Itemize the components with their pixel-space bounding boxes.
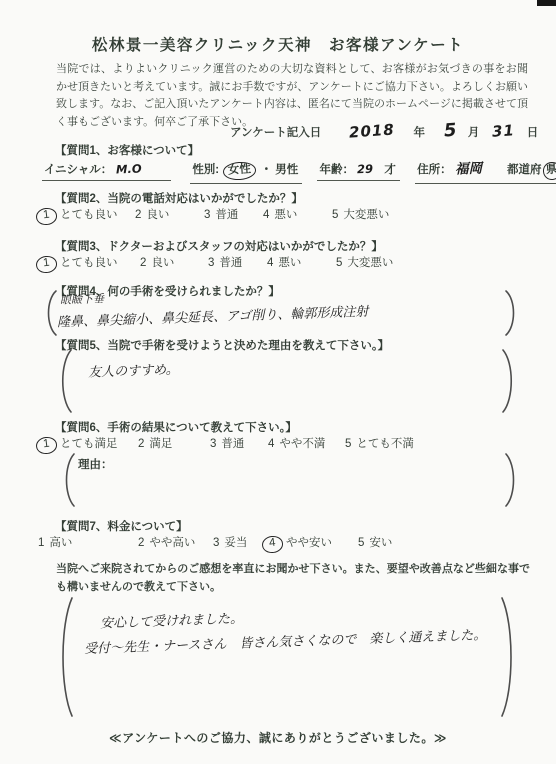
q2-option-4: 4悪い (263, 206, 297, 222)
q3-option-5: 5大変悪い (336, 254, 393, 270)
footer-thanks: ≪アンケートへのご協力、誠にありがとうございました。≫ (0, 729, 556, 746)
q2-option-2: 2良い (135, 206, 169, 222)
q7-header: 【質問7、料金について】 (55, 518, 188, 534)
q7-option-1: 1高い (38, 534, 72, 550)
handwritten-day: 31 (491, 121, 515, 141)
q3-header: 【質問3、ドクターおよびスタッフの対応はいかがでしたか？】 (55, 238, 383, 254)
q2-options-row: 1とても良い 2良い 3普通 4悪い 5大変悪い (0, 206, 556, 226)
page-title: 松林景一美容クリニック天神 お客様アンケート (0, 33, 556, 55)
answer-bracket-left (58, 596, 74, 718)
q2-option-1: 1とても良い (40, 206, 118, 225)
q7-options-row: 1高い 2やや高い 3妥当 4やや安い 5安い (0, 534, 556, 554)
q2-header: 【質問2、当院の電話対応はいかがでしたか？】 (55, 190, 303, 206)
address-field: 住所： 福岡 都道府県 (415, 157, 556, 184)
gender-label: 性別: (192, 164, 219, 176)
handwritten-month: 5 (443, 120, 458, 142)
answer-bracket-right (500, 596, 516, 718)
month-unit: 月 (468, 127, 480, 139)
answer-bracket-right (501, 348, 516, 414)
q5-header: 【質問5、当院で手術を受けようと決めた理由を教えて下さい。】 (55, 337, 389, 353)
selection-circle: 1 (35, 436, 58, 455)
q1-header: 【質問1、お客様について】 (55, 142, 199, 158)
q1-fields-row: イニシャル： M.O 性別: 女性 ・ 男性 年齢： 29 才 住所： 福岡 都… (42, 157, 556, 184)
answer-bracket-left (58, 348, 73, 414)
q6-option-1: 1とても満足 (40, 435, 118, 454)
prefecture-suffix: 都道府 (507, 164, 542, 176)
scan-edge-artifact (537, 0, 556, 6)
q6-option-2: 2満足 (138, 435, 172, 451)
gender-separator: ・ (261, 164, 273, 176)
date-label: アンケート記入日 (230, 127, 321, 139)
handwritten-feedback-line1: 安心して受けれました。 (100, 608, 244, 632)
reason-label: 理由： (78, 456, 113, 472)
answer-bracket-right (504, 289, 518, 337)
gender-field: 性別: 女性 ・ 男性 (190, 161, 302, 184)
handwritten-year: 2018 (348, 120, 395, 141)
day-unit: 日 (527, 127, 539, 139)
survey-scan-page: 松林景一美容クリニック天神 お客様アンケート 当院では、よりよいクリニック運営の… (0, 0, 556, 764)
q6-option-5: 5とても不満 (345, 435, 414, 451)
q6-header: 【質問6、手術の結果について教えて下さい。】 (55, 419, 297, 435)
q3-option-2: 2良い (140, 254, 174, 270)
survey-date-line: アンケート記入日 2018 年 5 月 31 日 (230, 120, 538, 141)
address-label: 住所： (417, 164, 452, 176)
initial-field: イニシャル： M.O (42, 161, 171, 181)
answer-bracket-left (62, 452, 76, 508)
handwritten-reason-q5: 友人のすすめ。 (88, 358, 179, 380)
feedback-prompt: 当院へご来院されてからのご感想を率直にお聞かせ下さい。また、要望や改善点など些細… (56, 561, 530, 596)
q7-option-4: 4やや安い (266, 534, 332, 553)
selection-circle: 1 (35, 255, 58, 274)
q3-option-3: 3普通 (208, 254, 242, 270)
year-unit: 年 (413, 127, 425, 139)
age-label: 年齢： (319, 164, 354, 176)
gender-male-label: 男性 (275, 164, 298, 176)
selection-circle: 1 (35, 207, 58, 226)
q6-options-row: 1とても満足 2満足 3普通 4やや不満 5とても不満 (0, 435, 556, 455)
handwritten-age: 29 (357, 162, 373, 177)
gender-selection-circle: 女性 (223, 161, 257, 181)
q2-option-5: 5大変悪い (332, 206, 389, 222)
prefecture-selection-circle: 県 (542, 161, 556, 180)
handwritten-initial: M.O (115, 162, 141, 177)
answer-bracket-right (504, 452, 518, 508)
q7-option-5: 5安い (358, 534, 392, 550)
q2-option-3: 3普通 (204, 206, 238, 222)
q6-option-3: 3普通 (210, 435, 244, 451)
handwritten-surgery-line2: 隆鼻、鼻尖縮小、鼻尖延長、アゴ削り、輪郭形成注射 (57, 301, 369, 331)
q7-option-2: 2やや高い (138, 534, 195, 550)
q3-option-1: 1とても良い (40, 254, 118, 273)
age-unit: 才 (384, 164, 396, 176)
initial-label: イニシャル： (44, 164, 112, 176)
age-field: 年齢： 29 才 (317, 161, 399, 181)
selection-circle: 4 (261, 535, 284, 554)
q3-option-4: 4悪い (267, 254, 301, 270)
q3-options-row: 1とても良い 2良い 3普通 4悪い 5大変悪い (0, 254, 556, 274)
handwritten-address: 福岡 (454, 157, 482, 178)
q7-option-3: 3妥当 (213, 534, 247, 550)
q6-option-4: 4やや不満 (268, 435, 325, 451)
